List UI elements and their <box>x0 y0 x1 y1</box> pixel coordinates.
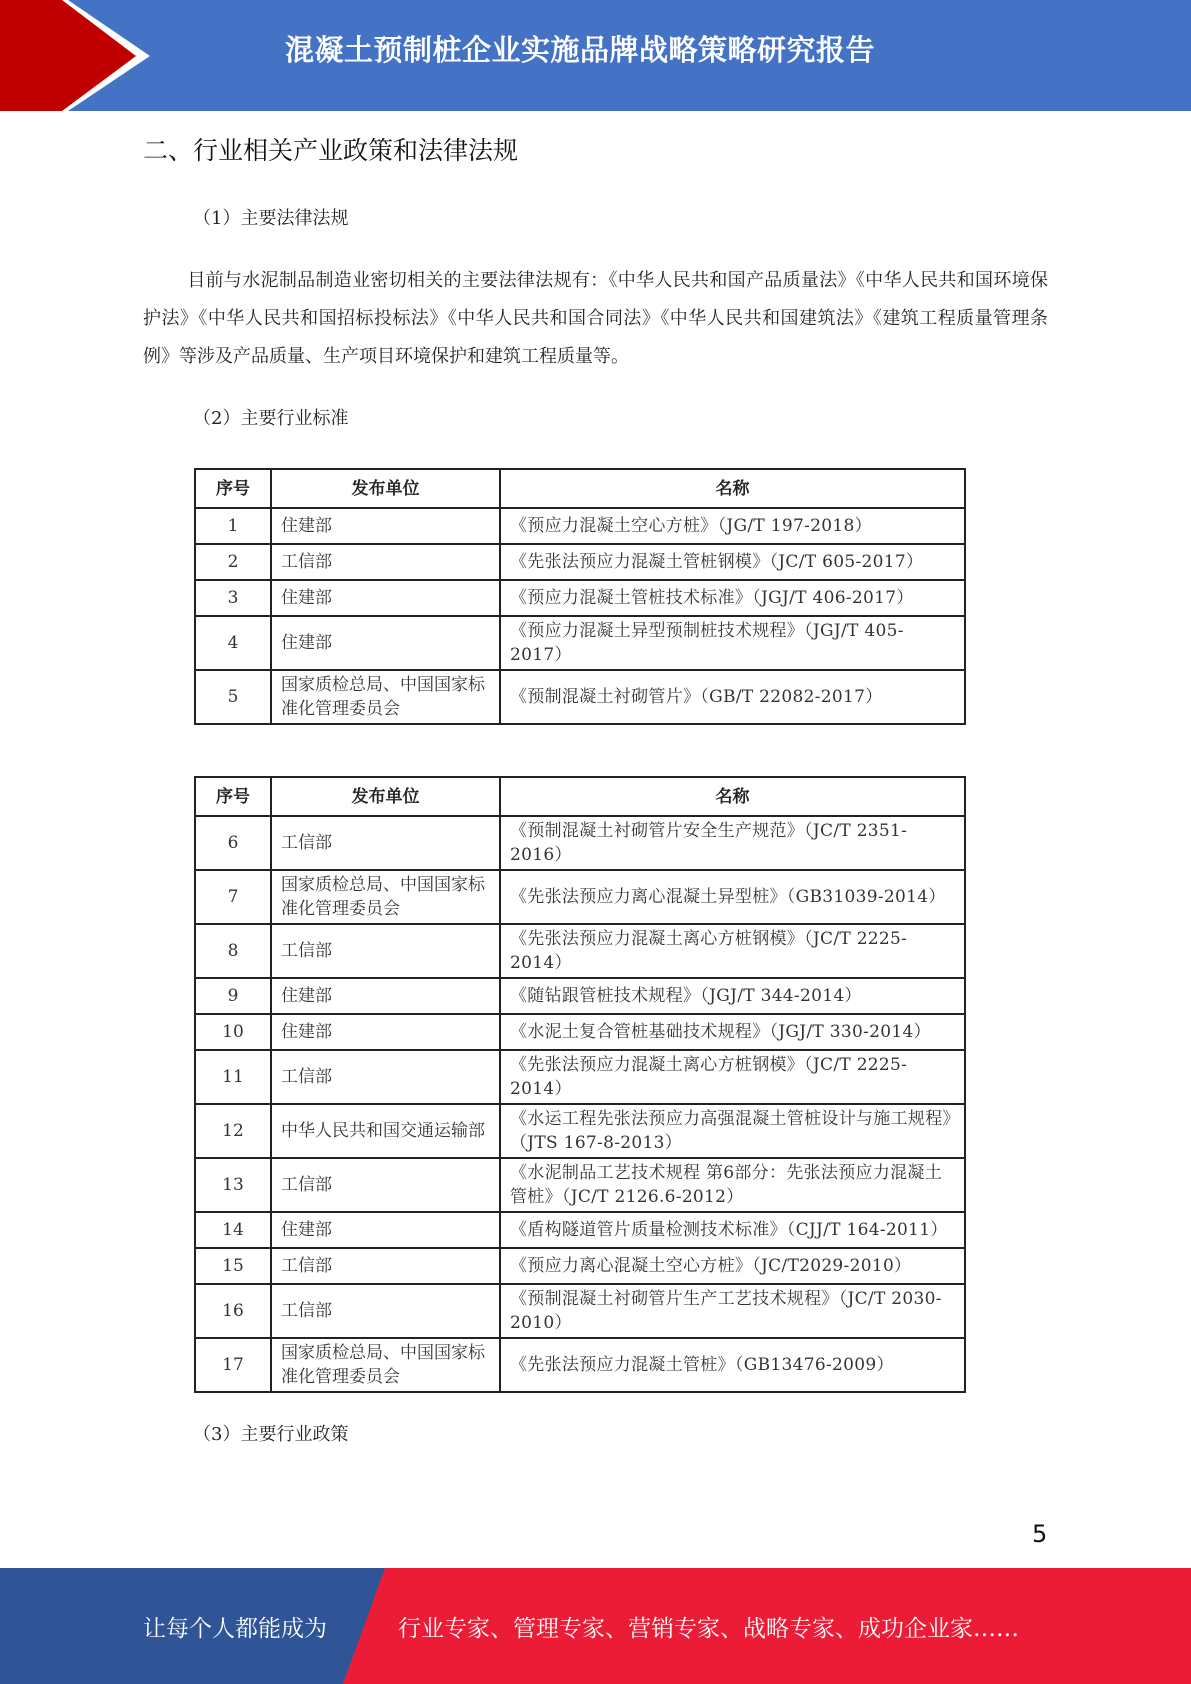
cell-name: 《预制混凝土衬砌管片安全生产规范》（JC/T 2351-2016） <box>500 816 965 870</box>
cell-no: 13 <box>195 1158 271 1212</box>
cell-no: 14 <box>195 1212 271 1248</box>
table-row: 14 住建部 《盾构隧道管片质量检测技术标准》（CJJ/T 164-2011） <box>195 1212 965 1248</box>
cell-no: 15 <box>195 1248 271 1284</box>
cell-no: 3 <box>195 580 271 616</box>
table-row: 15 工信部 《预应力离心混凝土空心方桩》（JC/T2029-2010） <box>195 1248 965 1284</box>
cell-no: 9 <box>195 978 271 1014</box>
cell-name: 《预制混凝土衬砌管片》（GB/T 22082-2017） <box>500 670 965 724</box>
cell-no: 17 <box>195 1338 271 1392</box>
standards-table-2: 序号 发布单位 名称 6 工信部 《预制混凝土衬砌管片安全生产规范》（JC/T … <box>194 776 966 1393</box>
cell-no: 1 <box>195 508 271 544</box>
cell-no: 8 <box>195 924 271 978</box>
cell-name: 《预应力混凝土管桩技术标准》（JGJ/T 406-2017） <box>500 580 965 616</box>
cell-name: 《先张法预应力混凝土离心方桩钢模》（JC/T 2225-2014） <box>500 924 965 978</box>
cell-issuer: 工信部 <box>271 1158 500 1212</box>
table-row: 10 住建部 《水泥土复合管桩基础技术规程》（JGJ/T 330-2014） <box>195 1014 965 1050</box>
table-row: 11 工信部 《先张法预应力混凝土离心方桩钢模》（JC/T 2225-2014） <box>195 1050 965 1104</box>
cell-name: 《预应力离心混凝土空心方桩》（JC/T2029-2010） <box>500 1248 965 1284</box>
cell-issuer: 住建部 <box>271 1014 500 1050</box>
table-header-row: 序号 发布单位 名称 <box>195 777 965 816</box>
arrow-chevron-icon <box>0 0 160 111</box>
subheading-laws: （1）主要法律法规 <box>193 204 348 230</box>
table-row: 1 住建部 《预应力混凝土空心方桩》（JG/T 197-2018） <box>195 508 965 544</box>
cell-issuer: 住建部 <box>271 580 500 616</box>
cell-issuer: 工信部 <box>271 816 500 870</box>
table-row: 5 国家质检总局、中国国家标准化管理委员会 《预制混凝土衬砌管片》（GB/T 2… <box>195 670 965 724</box>
laws-paragraph-text: 目前与水泥制品制造业密切相关的主要法律法规有：《中华人民共和国产品质量法》《中华… <box>143 270 1048 367</box>
cell-name: 《预制混凝土衬砌管片生产工艺技术规程》（JC/T 2030-2010） <box>500 1284 965 1338</box>
cell-name: 《先张法预应力混凝土管桩》（GB13476-2009） <box>500 1338 965 1392</box>
table-row: 13 工信部 《水泥制品工艺技术规程 第6部分：先张法预应力混凝土管桩》（JC/… <box>195 1158 965 1212</box>
cell-no: 7 <box>195 870 271 924</box>
cell-name: 《先张法预应力混凝土管桩钢模》（JC/T 605-2017） <box>500 544 965 580</box>
cell-name: 《水泥制品工艺技术规程 第6部分：先张法预应力混凝土管桩》（JC/T 2126.… <box>500 1158 965 1212</box>
cell-no: 2 <box>195 544 271 580</box>
col-header-no: 序号 <box>195 469 271 508</box>
cell-name: 《盾构隧道管片质量检测技术标准》（CJJ/T 164-2011） <box>500 1212 965 1248</box>
cell-no: 5 <box>195 670 271 724</box>
table-row: 7 国家质检总局、中国国家标准化管理委员会 《先张法预应力离心混凝土异型桩》（G… <box>195 870 965 924</box>
table-row: 16 工信部 《预制混凝土衬砌管片生产工艺技术规程》（JC/T 2030-201… <box>195 1284 965 1338</box>
cell-name: 《水泥土复合管桩基础技术规程》（JGJ/T 330-2014） <box>500 1014 965 1050</box>
cell-issuer: 中华人民共和国交通运输部 <box>271 1104 500 1158</box>
col-header-name: 名称 <box>500 469 965 508</box>
cell-no: 16 <box>195 1284 271 1338</box>
col-header-no: 序号 <box>195 777 271 816</box>
cell-issuer: 住建部 <box>271 616 500 670</box>
cell-no: 12 <box>195 1104 271 1158</box>
cell-issuer: 工信部 <box>271 924 500 978</box>
laws-paragraph: 目前与水泥制品制造业密切相关的主要法律法规有：《中华人民共和国产品质量法》《中华… <box>143 262 1048 376</box>
table-row: 9 住建部 《随钻跟管桩技术规程》（JGJ/T 344-2014） <box>195 978 965 1014</box>
cell-name: 《随钻跟管桩技术规程》（JGJ/T 344-2014） <box>500 978 965 1014</box>
section-heading: 二、行业相关产业政策和法律法规 <box>143 131 518 167</box>
table-row: 8 工信部 《先张法预应力混凝土离心方桩钢模》（JC/T 2225-2014） <box>195 924 965 978</box>
cell-issuer: 国家质检总局、中国国家标准化管理委员会 <box>271 1338 500 1392</box>
col-header-name: 名称 <box>500 777 965 816</box>
cell-issuer: 住建部 <box>271 1212 500 1248</box>
cell-no: 11 <box>195 1050 271 1104</box>
cell-no: 6 <box>195 816 271 870</box>
cell-name: 《水运工程先张法预应力高强混凝土管桩设计与施工规程》（JTS 167-8-201… <box>500 1104 965 1158</box>
cell-issuer: 工信部 <box>271 1248 500 1284</box>
cell-issuer: 住建部 <box>271 508 500 544</box>
report-title: 混凝土预制桩企业实施品牌战略策略研究报告 <box>285 28 875 69</box>
col-header-issuer: 发布单位 <box>271 469 500 508</box>
table-header-row: 序号 发布单位 名称 <box>195 469 965 508</box>
table-row: 6 工信部 《预制混凝土衬砌管片安全生产规范》（JC/T 2351-2016） <box>195 816 965 870</box>
table-row: 3 住建部 《预应力混凝土管桩技术标准》（JGJ/T 406-2017） <box>195 580 965 616</box>
table-row: 12 中华人民共和国交通运输部 《水运工程先张法预应力高强混凝土管桩设计与施工规… <box>195 1104 965 1158</box>
cell-no: 4 <box>195 616 271 670</box>
footer-slogan-right: 行业专家、管理专家、营销专家、战略专家、成功企业家…… <box>398 1610 1019 1643</box>
page-footer-banner: 让每个人都能成为 行业专家、管理专家、营销专家、战略专家、成功企业家…… <box>0 1568 1191 1684</box>
cell-issuer: 国家质检总局、中国国家标准化管理委员会 <box>271 870 500 924</box>
subheading-standards: （2）主要行业标准 <box>193 404 348 430</box>
col-header-issuer: 发布单位 <box>271 777 500 816</box>
standards-table-1: 序号 发布单位 名称 1 住建部 《预应力混凝土空心方桩》（JG/T 197-2… <box>194 468 966 725</box>
page-number: 5 <box>1032 1520 1047 1548</box>
cell-name: 《预应力混凝土异型预制桩技术规程》（JGJ/T 405-2017） <box>500 616 965 670</box>
page-header-banner: 混凝土预制桩企业实施品牌战略策略研究报告 <box>0 0 1191 111</box>
cell-name: 《预应力混凝土空心方桩》（JG/T 197-2018） <box>500 508 965 544</box>
cell-no: 10 <box>195 1014 271 1050</box>
cell-issuer: 国家质检总局、中国国家标准化管理委员会 <box>271 670 500 724</box>
cell-name: 《先张法预应力离心混凝土异型桩》（GB31039-2014） <box>500 870 965 924</box>
cell-issuer: 工信部 <box>271 544 500 580</box>
subheading-policies: （3）主要行业政策 <box>193 1420 348 1446</box>
table-row: 2 工信部 《先张法预应力混凝土管桩钢模》（JC/T 605-2017） <box>195 544 965 580</box>
table-row: 4 住建部 《预应力混凝土异型预制桩技术规程》（JGJ/T 405-2017） <box>195 616 965 670</box>
cell-name: 《先张法预应力混凝土离心方桩钢模》（JC/T 2225-2014） <box>500 1050 965 1104</box>
cell-issuer: 住建部 <box>271 978 500 1014</box>
cell-issuer: 工信部 <box>271 1284 500 1338</box>
footer-slogan-left: 让每个人都能成为 <box>143 1610 327 1643</box>
cell-issuer: 工信部 <box>271 1050 500 1104</box>
table-row: 17 国家质检总局、中国国家标准化管理委员会 《先张法预应力混凝土管桩》（GB1… <box>195 1338 965 1392</box>
